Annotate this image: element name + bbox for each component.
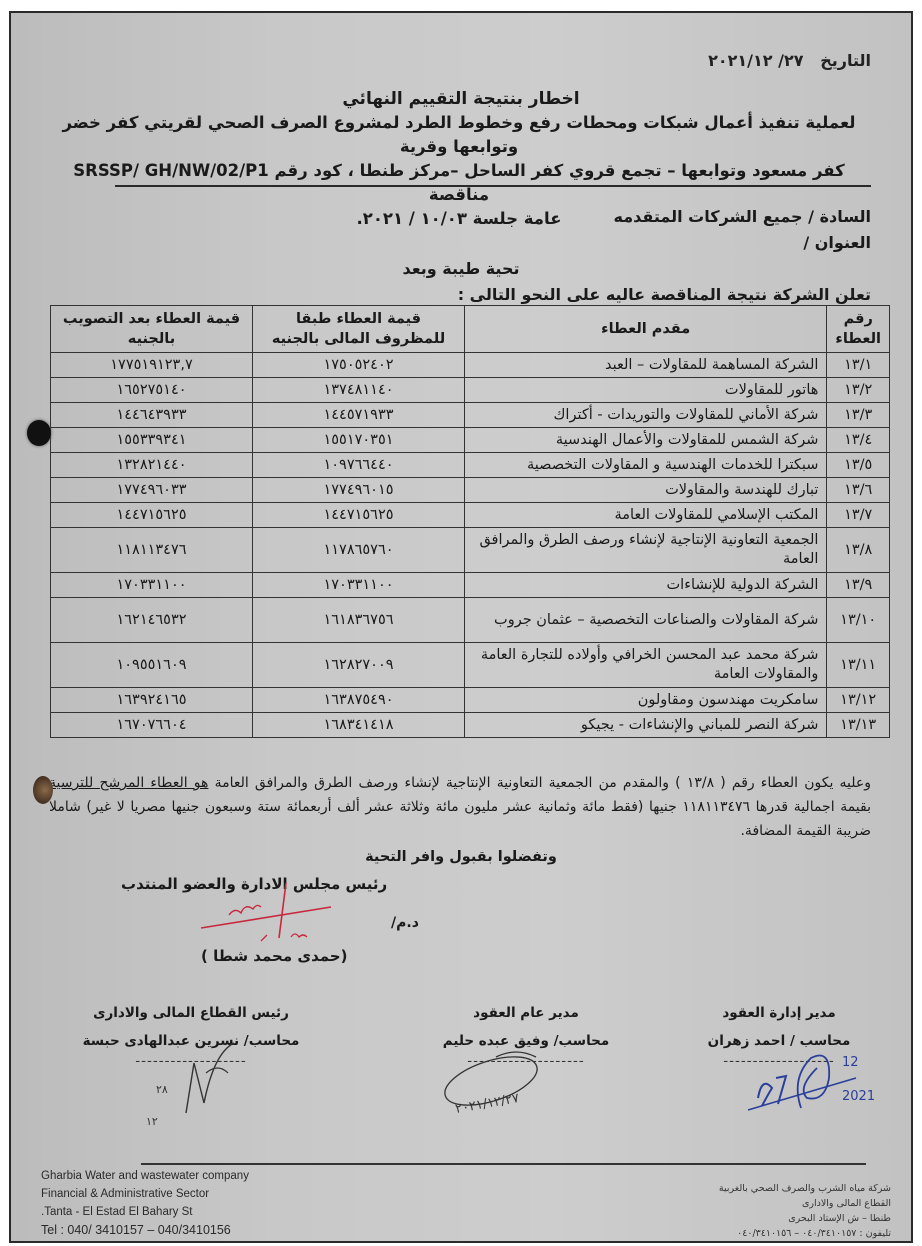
header-bid-no: رقم العطاء — [827, 306, 890, 353]
bidder-name: سامكريت مهندسون ومقاولون — [465, 688, 827, 713]
sector-head-signature-icon: ٢٨ ١٢ — [136, 1033, 256, 1133]
value-corrected: ١٧٧٥١٩١٢٣,٧ — [51, 353, 253, 378]
table-row: ١٣/١٢سامكريت مهندسون ومقاولون١٦٣٨٧٥٤٩٠١٦… — [51, 688, 890, 713]
bid-number: ١٣/١ — [827, 353, 890, 378]
table-row: ١٣/١٣شركة النصر للمباني والإنشاءات - يجي… — [51, 713, 890, 738]
footer-phone-ar: تليفون : ٠٤٠/٣٤١٠١٥٧ – ٠٤٠/٣٤١٠١٥٦ — [719, 1226, 891, 1241]
bidder-name: هاتور للمقاولات — [465, 378, 827, 403]
punch-hole-icon — [33, 776, 53, 804]
value-financial: ١١٧٨٦٥٧٦٠ — [253, 528, 465, 573]
bid-number: ١٣/٨ — [827, 528, 890, 573]
table-row: ١٣/٤شركة الشمس للمقاولات والأعمال الهندس… — [51, 428, 890, 453]
table-row: ١٣/١٠شركة المقاولات والصناعات التخصصية –… — [51, 598, 890, 643]
bidder-name: الجمعية التعاونية الإنتاجية لإنشاء ورصف … — [465, 528, 827, 573]
svg-text:2021: 2021 — [842, 1089, 875, 1104]
table-row: ١٣/٩الشركة الدولية للإنشاءات١٧٠٣٣١١٠٠١٧٠… — [51, 573, 890, 598]
table-row: ١٣/١الشركة المساهمة للمقاولات – العبد١٧٥… — [51, 353, 890, 378]
svg-text:٢٠٢١/١٢/٢٧: ٢٠٢١/١٢/٢٧ — [454, 1091, 520, 1117]
addressee-to: السادة / جميع الشركات المتقدمه — [613, 207, 871, 226]
bid-number: ١٣/٤ — [827, 428, 890, 453]
conclusion-paragraph: وعليه يكون العطاء رقم ( ١٣/٨ ) والمقدم م… — [49, 771, 871, 843]
footer-arabic: شركة مياه الشرب والصرف الصحي بالغربية ال… — [719, 1181, 891, 1241]
header-divider — [115, 185, 871, 187]
footer-phone: Tel : 040/ 3410157 – 040/3410156 — [41, 1221, 249, 1239]
bid-number: ١٣/٢ — [827, 378, 890, 403]
bid-number: ١٣/٦ — [827, 478, 890, 503]
footer-sector-ar: القطاع المالى والادارى — [719, 1196, 891, 1211]
date-value: ٢٧/ ٢٠٢١/١٢ — [708, 51, 803, 70]
bid-number: ١٣/٧ — [827, 503, 890, 528]
bid-number: ١٣/١٣ — [827, 713, 890, 738]
table-header-row: رقم العطاء مقدم العطاء قيمة العطاء طبقا … — [51, 306, 890, 353]
addressee-address: العنوان / — [803, 233, 871, 252]
footer-address: .Tanta - El Estad El Bahary St — [41, 1203, 249, 1221]
table-row: ١٣/٦تبارك للهندسة والمقاولات١٧٧٤٩٦٠١٥١٧٧… — [51, 478, 890, 503]
footer-english: Gharbia Water and wastewater company Fin… — [41, 1167, 249, 1243]
bidder-name: تبارك للهندسة والمقاولات — [465, 478, 827, 503]
footer-company-ar: شركة مياه الشرب والصرف الصحي بالغربية — [719, 1181, 891, 1196]
table-row: ١٣/٥سبكترا للخدمات الهندسية و المقاولات … — [51, 453, 890, 478]
value-corrected: ١٦٣٩٢٤١٦٥ — [51, 688, 253, 713]
conclusion-text-amount: بقيمة اجمالية قدرها ١١٨١١٣٤٧٦ جنيها (فقط… — [49, 799, 871, 839]
svg-text:١٢: ١٢ — [146, 1115, 158, 1128]
document-title: اخطار بنتيجة التقييم النهائي — [51, 89, 871, 109]
value-corrected: ١٤٤٧١٥٦٢٥ — [51, 503, 253, 528]
subject-line: لعملية تنفيذ أعمال شبكات ومحطات رفع وخطو… — [47, 111, 871, 159]
bid-number: ١٣/١٢ — [827, 688, 890, 713]
scanned-document: التاريخ ٢٧/ ٢٠٢١/١٢ اخطار بنتيجة التقييم… — [9, 11, 913, 1243]
value-financial: ١٣٧٤٨١١٤٠ — [253, 378, 465, 403]
footer-fax: Fax : 040/3419818 — [41, 1239, 249, 1243]
value-corrected: ١٦٧٠٧٦٦٠٤ — [51, 713, 253, 738]
value-financial: ١٦٣٨٧٥٤٩٠ — [253, 688, 465, 713]
table-row: ١٣/٢هاتور للمقاولات١٣٧٤٨١١٤٠١٦٥٢٧٥١٤٠ — [51, 378, 890, 403]
bidder-name: سبكترا للخدمات الهندسية و المقاولات التخ… — [465, 453, 827, 478]
value-financial: ١٦١٨٣٦٧٥٦ — [253, 598, 465, 643]
value-financial: ١٤٤٥٧١٩٣٣ — [253, 403, 465, 428]
bid-number: ١٣/٥ — [827, 453, 890, 478]
chairman-signature-icon — [191, 893, 351, 953]
bidder-name: الشركة الدولية للإنشاءات — [465, 573, 827, 598]
value-financial: ١٠٩٧٦٦٤٤٠ — [253, 453, 465, 478]
table-row: ١٣/٧المكتب الإسلامي للمقاولات العامة١٤٤٧… — [51, 503, 890, 528]
winning-bid-statement: هو العطاء المرشح للترسية — [49, 775, 208, 791]
svg-text:12: 12 — [842, 1055, 859, 1070]
chairman-title: رئيس مجلس الادارة والعضو المنتدب — [121, 875, 387, 893]
value-financial: ١٦٨٣٤١٤١٨ — [253, 713, 465, 738]
bidder-name: شركة النصر للمباني والإنشاءات - يجيكو — [465, 713, 827, 738]
bid-number: ١٣/١١ — [827, 643, 890, 688]
value-financial: ١٦٢٨٢٧٠٠٩ — [253, 643, 465, 688]
bid-number: ١٣/٩ — [827, 573, 890, 598]
table-row: ١٣/٣شركة الأماني للمقاولات والتوريدات - … — [51, 403, 890, 428]
header-value-corrected: قيمة العطاء بعد التصويب بالجنيه — [51, 306, 253, 353]
greeting: تحية طيبة وبعد — [11, 259, 911, 278]
value-corrected: ١٦٥٢٧٥١٤٠ — [51, 378, 253, 403]
intro-text: تعلن الشركة نتيجة المناقصة عاليه على الن… — [458, 285, 871, 304]
value-financial: ١٧٥٠٥٢٤٠٢ — [253, 353, 465, 378]
signatory-role: مدير إدارة العقود — [689, 1005, 869, 1021]
footer-divider — [141, 1163, 866, 1165]
value-financial: ١٧٧٤٩٦٠١٥ — [253, 478, 465, 503]
value-corrected: ١١٨١١٣٤٧٦ — [51, 528, 253, 573]
table-row: ١٣/١١شركة محمد عبد المحسن الخرافي وأولاد… — [51, 643, 890, 688]
date-label: التاريخ — [820, 51, 871, 70]
value-financial: ١٥٥١٧٠٣٥١ — [253, 428, 465, 453]
chairman-prefix: د.م/ — [391, 915, 419, 931]
bidder-name: شركة الأماني للمقاولات والتوريدات - أكتر… — [465, 403, 827, 428]
value-corrected: ١٧٠٣٣١١٠٠ — [51, 573, 253, 598]
footer-company: Gharbia Water and wastewater company — [41, 1167, 249, 1185]
signatory-role: مدير عام العقود — [411, 1005, 641, 1021]
bidder-name: شركة الشمس للمقاولات والأعمال الهندسية — [465, 428, 827, 453]
value-corrected: ١٠٩٥٥١٦٠٩ — [51, 643, 253, 688]
subject-line: كفر مسعود وتوابعها – تجمع قروي كفر الساح… — [47, 159, 871, 207]
value-financial: ١٤٤٧١٥٦٢٥ — [253, 503, 465, 528]
bid-number: ١٣/١٠ — [827, 598, 890, 643]
svg-text:٢٨: ٢٨ — [156, 1083, 168, 1096]
bidder-name: شركة محمد عبد المحسن الخرافي وأولاده للت… — [465, 643, 827, 688]
bidder-name: المكتب الإسلامي للمقاولات العامة — [465, 503, 827, 528]
value-corrected: ١٤٤٦٤٣٩٣٣ — [51, 403, 253, 428]
value-financial: ١٧٠٣٣١١٠٠ — [253, 573, 465, 598]
bidder-name: الشركة المساهمة للمقاولات – العبد — [465, 353, 827, 378]
signatory-role: رئيس القطاع المالى والادارى — [81, 1005, 301, 1021]
header-value-financial: قيمة العطاء طبقا للمظروف المالى بالجنيه — [253, 306, 465, 353]
footer-sector: Financial & Administrative Sector — [41, 1185, 249, 1203]
punch-hole-icon — [27, 420, 51, 446]
table-row: ١٣/٨الجمعية التعاونية الإنتاجية لإنشاء و… — [51, 528, 890, 573]
bidder-name: شركة المقاولات والصناعات التخصصية – عثما… — [465, 598, 827, 643]
closing-salutation: وتفضلوا بقبول وافر التحية — [11, 849, 911, 865]
conclusion-text: وعليه يكون العطاء رقم ( ١٣/٨ ) والمقدم م… — [208, 775, 871, 791]
value-corrected: ١٧٧٤٩٦٠٣٣ — [51, 478, 253, 503]
contracts-manager-signature-icon: 12 2021 — [746, 1038, 876, 1118]
value-corrected: ١٦٢١٤٦٥٣٢ — [51, 598, 253, 643]
footer-address-ar: طنطا – ش الإستاد البحرى — [719, 1211, 891, 1226]
date-line: التاريخ ٢٧/ ٢٠٢١/١٢ — [708, 51, 871, 70]
bids-table: رقم العطاء مقدم العطاء قيمة العطاء طبقا … — [50, 305, 890, 738]
bid-number: ١٣/٣ — [827, 403, 890, 428]
header-bidder: مقدم العطاء — [465, 306, 827, 353]
value-corrected: ١٥٥٣٣٩٣٤١ — [51, 428, 253, 453]
general-manager-signature-icon: ٢٠٢١/١٢/٢٧ — [436, 1043, 586, 1123]
value-corrected: ١٣٢٨٢١٤٤٠ — [51, 453, 253, 478]
